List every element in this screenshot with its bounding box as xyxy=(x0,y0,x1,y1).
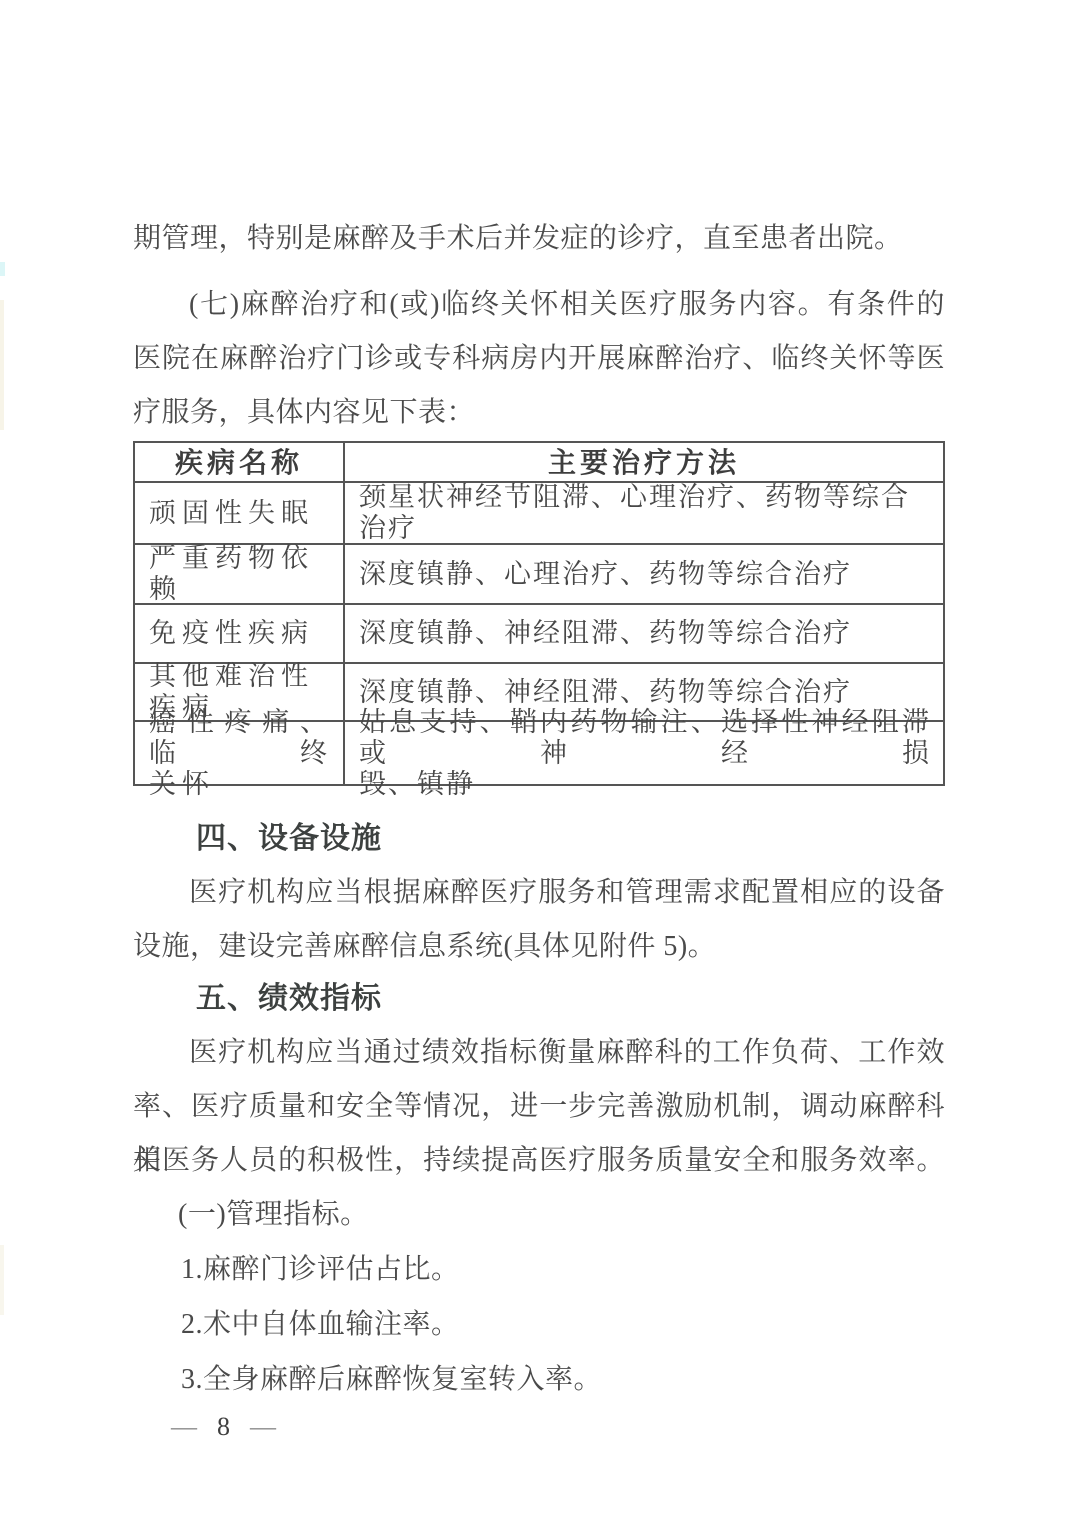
management-indicator-list: 1.麻醉门诊评估占比。 2.术中自体血输注率。 3.全身麻醉后麻醉恢复室转入率。 xyxy=(133,1242,945,1407)
paragraph-line: 医疗机构应当通过绩效指标衡量麻醉科的工作负荷、工作效 xyxy=(133,1026,945,1080)
table-row: 免疫性疾病 深度镇静、神经阻滞、药物等综合治疗 xyxy=(135,603,943,662)
page-number-value: 8 xyxy=(217,1412,230,1441)
scan-artifact xyxy=(0,1245,4,1315)
table-header-treatment: 主要治疗方法 xyxy=(345,443,943,481)
section-performance: 五、绩效指标 xyxy=(133,972,945,1026)
paragraph-line: 关医务人员的积极性，持续提高医疗服务质量安全和服务效率。 xyxy=(133,1134,945,1188)
paragraph-continuation: 期管理，特别是麻醉及手术后并发症的诊疗，直至患者出院。 xyxy=(133,212,945,266)
paragraph-line: 期管理，特别是麻醉及手术后并发症的诊疗，直至患者出院。 xyxy=(133,212,945,266)
table-row: 严重药物依赖 深度镇静、心理治疗、药物等综合治疗 xyxy=(135,543,943,603)
cell-treatment: 深度镇静、心理治疗、药物等综合治疗 xyxy=(345,545,943,603)
paragraph-line: 率、医疗质量和安全等情况，进一步完善激励机制，调动麻醉科相 xyxy=(133,1080,945,1134)
paragraph-line: 疗服务，具体内容见下表： xyxy=(133,386,945,440)
paragraph-line: 医疗机构应当根据麻醉医疗服务和管理需求配置相应的设备 xyxy=(133,866,945,920)
cell-disease: 顽固性失眠 xyxy=(135,483,345,543)
document-page: 期管理，特别是麻醉及手术后并发症的诊疗，直至患者出院。 (七)麻醉治疗和(或)临… xyxy=(0,0,1080,1534)
paragraph-line: 医院在麻醉治疗门诊或专科病房内开展麻醉治疗、临终关怀等医 xyxy=(133,332,945,386)
scan-artifact xyxy=(0,300,4,430)
table-row: 顽固性失眠 颈星状神经节阻滞、心理治疗、药物等综合治疗 xyxy=(135,481,943,543)
list-item: 3.全身麻醉后麻醉恢复室转入率。 xyxy=(133,1352,945,1407)
page-number-dash-left: — xyxy=(171,1412,197,1441)
cell-disease: 严重药物依赖 xyxy=(135,545,345,603)
page-number: —8— xyxy=(133,1400,276,1454)
paragraph-line: 设施，建设完善麻醉信息系统(具体见附件 5)。 xyxy=(133,920,945,974)
section-equipment: 四、设备设施 xyxy=(133,812,945,866)
table-row: 癌性疼痛、临终 关怀 姑息支持、鞘内药物输注、选择性神经阻滞或神经损 毁、镇静 xyxy=(135,720,943,784)
paragraph-item-7: (七)麻醉治疗和(或)临终关怀相关医疗服务内容。有条件的 医院在麻醉治疗门诊或专… xyxy=(133,278,945,440)
paragraph-line: (七)麻醉治疗和(或)临终关怀相关医疗服务内容。有条件的 xyxy=(133,278,945,332)
section-performance-body: 医疗机构应当通过绩效指标衡量麻醉科的工作负荷、工作效 率、医疗质量和安全等情况，… xyxy=(133,1026,945,1188)
cell-disease: 免疫性疾病 xyxy=(135,605,345,662)
table-header-disease: 疾病名称 xyxy=(135,443,345,481)
cell-disease: 癌性疼痛、临终 关怀 xyxy=(135,722,345,784)
cell-treatment: 深度镇静、神经阻滞、药物等综合治疗 xyxy=(345,605,943,662)
table-header-row: 疾病名称 主要治疗方法 xyxy=(135,443,943,481)
list-item: 2.术中自体血输注率。 xyxy=(133,1297,945,1352)
scan-artifact xyxy=(0,262,5,276)
section-equipment-body: 医疗机构应当根据麻醉医疗服务和管理需求配置相应的设备 设施，建设完善麻醉信息系统… xyxy=(133,866,945,974)
list-item: 1.麻醉门诊评估占比。 xyxy=(133,1242,945,1297)
section-heading-equipment: 四、设备设施 xyxy=(133,812,945,866)
cell-treatment: 姑息支持、鞘内药物输注、选择性神经阻滞或神经损 毁、镇静 xyxy=(345,722,943,784)
page-number-dash-right: — xyxy=(250,1412,276,1441)
table-diseases-treatments: 疾病名称 主要治疗方法 顽固性失眠 颈星状神经节阻滞、心理治疗、药物等综合治疗 … xyxy=(133,441,945,786)
section-heading-performance: 五、绩效指标 xyxy=(133,972,945,1026)
sub-heading-management: (一)管理指标。 xyxy=(133,1188,945,1242)
cell-treatment: 颈星状神经节阻滞、心理治疗、药物等综合治疗 xyxy=(345,483,943,543)
sub-heading-label: (一)管理指标。 xyxy=(133,1188,945,1242)
